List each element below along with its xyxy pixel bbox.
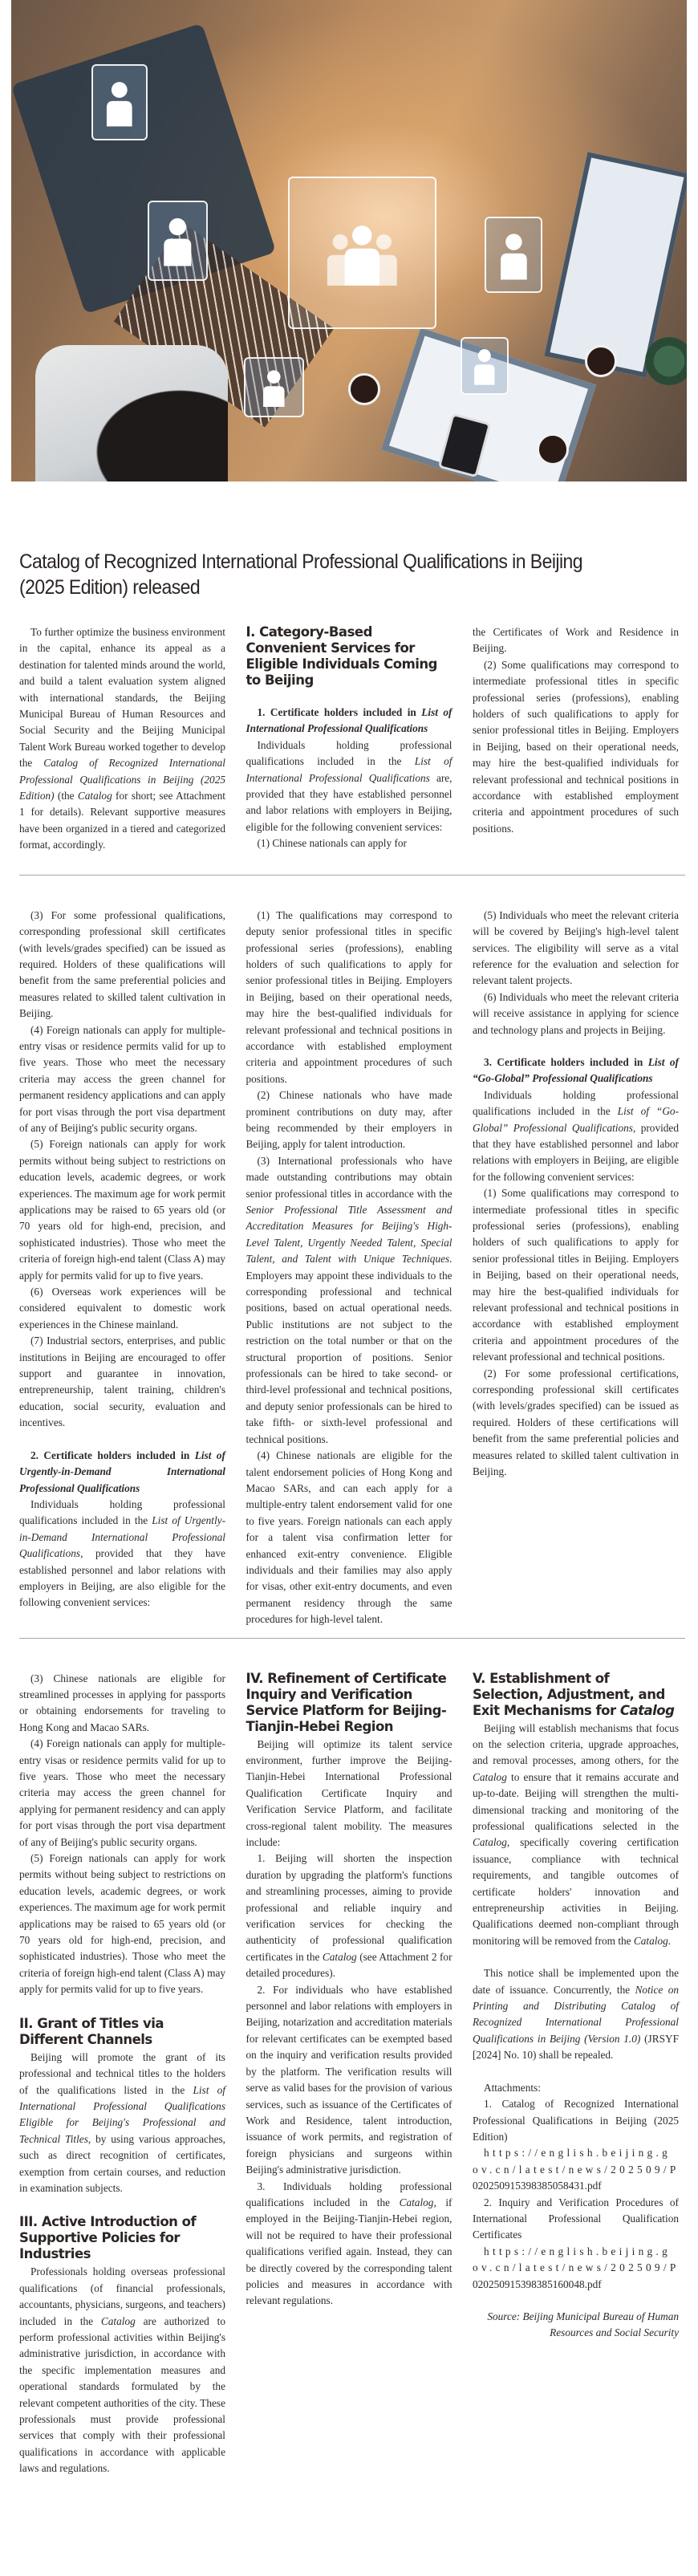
intro-paragraph: To further optimize the business environ… (19, 624, 225, 854)
column: To further optimize the business environ… (19, 624, 225, 854)
subsection-heading: 1. Certificate holders included in List … (246, 705, 452, 737)
list-item: (6) Overseas work experiences will be co… (19, 1284, 225, 1333)
title-block: Catalog of Recognized International Prof… (0, 481, 698, 600)
attachment-title: 1. Catalog of Recognized International P… (473, 2096, 679, 2145)
list-item: (5) Foreign nationals can apply for work… (19, 1136, 225, 1284)
coffee-cup-icon (537, 433, 569, 465)
list-item: (1) The qualifications may correspond to… (246, 908, 452, 1087)
coffee-cup-icon (585, 345, 617, 377)
list-item: (2) Chinese nationals who have made prom… (246, 1087, 452, 1153)
list-item: (3) Chinese nationals are eligible for s… (19, 1671, 225, 1737)
list-item: (3) International professionals who have… (246, 1153, 452, 1448)
paragraph-continued: the Certificates of Work and Residence i… (473, 624, 679, 657)
hero-image (11, 0, 687, 481)
person-icon (148, 201, 208, 281)
list-item: (6) Individuals who meet the relevant cr… (473, 989, 679, 1038)
article-band-3: (3) Chinese nationals are eligible for s… (0, 1639, 698, 2477)
spacer (473, 1949, 679, 1965)
section-heading: III. Active Introduction of Supportive P… (19, 2214, 225, 2262)
section-heading: V. Establishment of Selection, Adjustmen… (473, 1671, 679, 1719)
subsection-heading: 3. Certificate holders included in List … (473, 1054, 679, 1087)
person-icon (461, 337, 509, 395)
list-item: (2) For some professional certifications… (473, 1366, 679, 1481)
column: (3) For some professional qualifications… (19, 908, 225, 1628)
list-item: (4) Chinese nationals are eligible for t… (246, 1448, 452, 1627)
list-item: (5) Individuals who meet the relevant cr… (473, 908, 679, 989)
list-item: (1) Some qualifications may correspond t… (473, 1185, 679, 1365)
paragraph: Individuals holding professional qualifi… (473, 1087, 679, 1185)
list-item: (2) Some qualifications may correspond t… (473, 657, 679, 837)
spacer (473, 2064, 679, 2080)
section-heading: II. Grant of Titles via Different Channe… (19, 2016, 225, 2048)
paragraph: Professionals holding overseas professio… (19, 2264, 225, 2476)
coffee-cup-icon (348, 373, 380, 405)
paragraph: Individuals holding professional qualifi… (19, 1497, 225, 1611)
paragraph: Beijing will optimize its talent service… (246, 1737, 452, 1851)
section-heading: I. Category-Based Convenient Services fo… (246, 624, 452, 689)
list-item: (3) For some professional qualifications… (19, 908, 225, 1022)
paragraph: Beijing will promote the grant of its pr… (19, 2050, 225, 2197)
list-item: 2. For individuals who have established … (246, 1982, 452, 2179)
attachment-link[interactable]: https://english.beijing.gov.cn/latest/ne… (473, 2244, 679, 2293)
list-item: (4) Foreign nationals can apply for mult… (19, 1736, 225, 1851)
list-item: (5) Foreign nationals can apply for work… (19, 1851, 225, 1998)
column: (5) Individuals who meet the relevant cr… (473, 908, 679, 1628)
closing-paragraph: This notice shall be implemented upon th… (473, 1965, 679, 2063)
paragraph: Beijing will establish mechanisms that f… (473, 1721, 679, 1950)
subsection-heading: 2. Certificate holders included in List … (19, 1448, 225, 1497)
person-icon (485, 217, 542, 293)
list-item: (7) Industrial sectors, enterprises, and… (19, 1333, 225, 1431)
column: (1) The qualifications may correspond to… (246, 908, 452, 1628)
list-item: (1) Chinese nationals can apply for (246, 835, 452, 851)
attachments-label: Attachments: (473, 2080, 679, 2096)
person-shape (35, 345, 228, 481)
group-icon (288, 177, 436, 329)
section-heading: IV. Refinement of Certificate Inquiry an… (246, 1671, 452, 1735)
attachment-link[interactable]: https://english.beijing.gov.cn/latest/ne… (473, 2145, 679, 2194)
list-item: (4) Foreign nationals can apply for mult… (19, 1022, 225, 1137)
source-credit: Source: Beijing Municipal Bureau of Huma… (473, 2309, 679, 2342)
article-band-1: To further optimize the business environ… (0, 600, 698, 854)
list-item: 1. Beijing will shorten the inspection d… (246, 1851, 452, 1981)
paragraph: Individuals holding professional qualifi… (246, 737, 452, 835)
person-icon (91, 64, 148, 140)
column: I. Category-Based Convenient Services fo… (246, 624, 452, 854)
column: the Certificates of Work and Residence i… (473, 624, 679, 854)
spacer (0, 2477, 698, 2509)
person-icon (244, 357, 304, 417)
attachment-title: 2. Inquiry and Verification Procedures o… (473, 2195, 679, 2244)
column: (3) Chinese nationals are eligible for s… (19, 1671, 225, 2477)
column: V. Establishment of Selection, Adjustmen… (473, 1671, 679, 2477)
column: IV. Refinement of Certificate Inquiry an… (246, 1671, 452, 2477)
plant-shape (645, 337, 687, 385)
list-item: 3. Individuals holding professional qual… (246, 2179, 452, 2310)
article-band-2: (3) For some professional qualifications… (0, 876, 698, 1628)
page-title: Catalog of Recognized International Prof… (19, 549, 684, 600)
